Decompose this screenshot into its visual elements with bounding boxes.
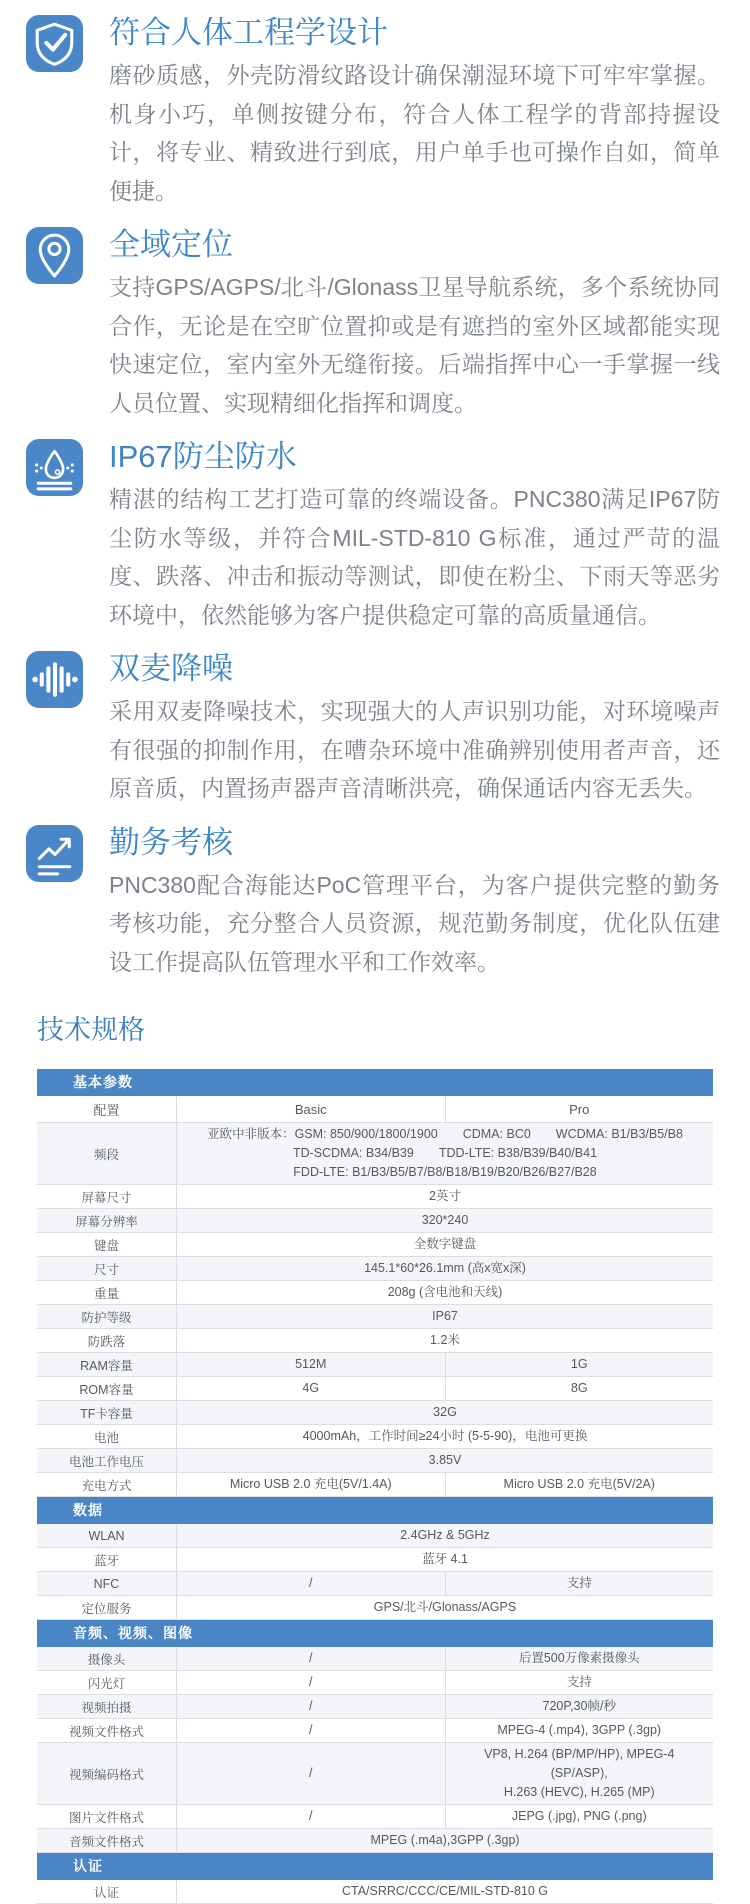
spec-row: ROM容量4G8G <box>37 1377 713 1401</box>
spec-value: 8G <box>445 1377 714 1400</box>
spec-value: / <box>177 1695 445 1718</box>
spec-value: 4000mAh，工作时间≥24小时 (5-5-90)，电池可更换 <box>177 1425 713 1448</box>
spec-row: 定位服务GPS/北斗/Glonass/AGPS <box>37 1596 713 1620</box>
spec-value: / <box>177 1671 445 1694</box>
spec-value: / <box>177 1647 445 1670</box>
spec-row: TF卡容量32G <box>37 1401 713 1425</box>
feature-positioning: 全域定位 支持GPS/AGPS/北斗/Glonass卫星导航系统，多个系统协同合… <box>26 222 720 422</box>
spec-value: MPEG (.m4a),3GPP (.3gp) <box>177 1829 713 1852</box>
feature-title: 勤务考核 <box>109 820 720 866</box>
feature-duty-assessment: 勤务考核 PNC380配合海能达PoC管理平台，为客户提供完整的勤务考核功能，充… <box>26 820 720 982</box>
spec-label: 重量 <box>37 1281 177 1304</box>
spec-label: 防护等级 <box>37 1305 177 1328</box>
spec-value: 320*240 <box>177 1209 713 1232</box>
spec-value: 3.85V <box>177 1449 713 1472</box>
spec-row: 尺寸145.1*60*26.1mm (高x宽x深) <box>37 1257 713 1281</box>
spec-label: 定位服务 <box>37 1596 177 1619</box>
spec-value: Basic <box>177 1096 445 1122</box>
spec-value: / <box>177 1719 445 1742</box>
spec-label: 防跌落 <box>37 1329 177 1352</box>
spec-value: CTA/SRRC/CCC/CE/MIL-STD-810 G <box>177 1880 713 1903</box>
spec-label: 认证 <box>37 1880 177 1903</box>
feature-list: 符合人体工程学设计 磨砂质感，外壳防滑纹路设计确保潮湿环境下可牢牢掌握。机身小巧… <box>0 0 750 981</box>
feature-title: 全域定位 <box>109 222 720 268</box>
spec-value: 145.1*60*26.1mm (高x宽x深) <box>177 1257 713 1280</box>
table-section-header: 音频、视频、图像 <box>37 1620 713 1647</box>
table-section-header: 基本参数 <box>37 1069 713 1096</box>
spec-value: 512M <box>177 1353 445 1376</box>
spec-label: 视频文件格式 <box>37 1719 177 1742</box>
spec-value: 1G <box>445 1353 714 1376</box>
feature-title: 符合人体工程学设计 <box>109 10 720 56</box>
product-page: 符合人体工程学设计 磨砂质感，外壳防滑纹路设计确保潮湿环境下可牢牢掌握。机身小巧… <box>0 0 750 1904</box>
table-section-header: 数据 <box>37 1497 713 1524</box>
spec-row: 屏幕分辨率320*240 <box>37 1209 713 1233</box>
feature-noise-reduction: 双麦降噪 采用双麦降噪技术，实现强大的人声识别功能，对环境噪声有很强的抑制作用，… <box>26 646 720 808</box>
feature-body: 支持GPS/AGPS/北斗/Glonass卫星导航系统，多个系统协同合作，无论是… <box>109 268 720 422</box>
spec-label: 屏幕分辨率 <box>37 1209 177 1232</box>
spec-value: 支持 <box>445 1572 714 1595</box>
spec-label: 频段 <box>37 1123 177 1184</box>
specs-heading: 技术规格 <box>37 1011 750 1049</box>
spec-label: 电池工作电压 <box>37 1449 177 1472</box>
spec-value: 720P,30帧/秒 <box>445 1695 714 1718</box>
spec-value: Pro <box>445 1096 714 1122</box>
spec-value: IP67 <box>177 1305 713 1328</box>
spec-row: 视频拍摄/720P,30帧/秒 <box>37 1695 713 1719</box>
spec-row: 图片文件格式/JEPG (.jpg), PNG (.png) <box>37 1805 713 1829</box>
spec-label: 音频文件格式 <box>37 1829 177 1852</box>
feature-ip67: IP67防尘防水 精湛的结构工艺打造可靠的终端设备。PNC380满足IP67防尘… <box>26 434 720 634</box>
spec-value: 32G <box>177 1401 713 1424</box>
spec-table: 基本参数配置BasicPro频段亚欧中非版本：GSM: 850/900/1800… <box>37 1069 713 1904</box>
spec-label: 屏幕尺寸 <box>37 1185 177 1208</box>
spec-row: RAM容量512M1G <box>37 1353 713 1377</box>
spec-row: 防护等级IP67 <box>37 1305 713 1329</box>
spec-label: 键盘 <box>37 1233 177 1256</box>
spec-label: ROM容量 <box>37 1377 177 1400</box>
spec-label: 配置 <box>37 1096 177 1122</box>
spec-value: MPEG-4 (.mp4), 3GPP (.3gp) <box>445 1719 714 1742</box>
spec-value: VP8, H.264 (BP/MP/HP), MPEG-4 (SP/ASP), … <box>445 1743 714 1804</box>
spec-row: 蓝牙蓝牙 4.1 <box>37 1548 713 1572</box>
spec-row: 重量208g (含电池和天线) <box>37 1281 713 1305</box>
spec-row: 充电方式Micro USB 2.0 充电(5V/1.4A)Micro USB 2… <box>37 1473 713 1497</box>
spec-value: 全数字键盘 <box>177 1233 713 1256</box>
spec-label: NFC <box>37 1572 177 1595</box>
spec-label: 图片文件格式 <box>37 1805 177 1828</box>
table-section-header: 认证 <box>37 1853 713 1880</box>
spec-label: 视频编码格式 <box>37 1743 177 1804</box>
spec-value: GPS/北斗/Glonass/AGPS <box>177 1596 713 1619</box>
spec-row: 视频文件格式/MPEG-4 (.mp4), 3GPP (.3gp) <box>37 1719 713 1743</box>
location-pin-icon <box>26 227 83 284</box>
spec-value: Micro USB 2.0 充电(5V/1.4A) <box>177 1473 445 1496</box>
spec-value: 208g (含电池和天线) <box>177 1281 713 1304</box>
spec-value: 1.2米 <box>177 1329 713 1352</box>
spec-row: 电池4000mAh，工作时间≥24小时 (5-5-90)，电池可更换 <box>37 1425 713 1449</box>
spec-label: 充电方式 <box>37 1473 177 1496</box>
spec-label: 电池 <box>37 1425 177 1448</box>
trend-chart-icon <box>26 825 83 882</box>
spec-value: / <box>177 1743 445 1804</box>
feature-body: 采用双麦降噪技术，实现强大的人声识别功能，对环境噪声有很强的抑制作用，在嘈杂环境… <box>109 692 720 808</box>
spec-value: / <box>177 1572 445 1595</box>
spec-label: 摄像头 <box>37 1647 177 1670</box>
spec-row: 屏幕尺寸2英寸 <box>37 1185 713 1209</box>
spec-value: / <box>177 1805 445 1828</box>
spec-row: 频段亚欧中非版本：GSM: 850/900/1800/1900 CDMA: BC… <box>37 1123 713 1185</box>
spec-value: Micro USB 2.0 充电(5V/2A) <box>445 1473 714 1496</box>
spec-row: 防跌落1.2米 <box>37 1329 713 1353</box>
waterproof-icon <box>26 439 83 496</box>
feature-body: 精湛的结构工艺打造可靠的终端设备。PNC380满足IP67防尘防水等级，并符合M… <box>109 480 720 634</box>
spec-value: JEPG (.jpg), PNG (.png) <box>445 1805 714 1828</box>
spec-label: 闪光灯 <box>37 1671 177 1694</box>
spec-row: 电池工作电压3.85V <box>37 1449 713 1473</box>
spec-value: 支持 <box>445 1671 714 1694</box>
feature-title: IP67防尘防水 <box>109 434 720 480</box>
spec-label: TF卡容量 <box>37 1401 177 1424</box>
spec-row: 键盘全数字键盘 <box>37 1233 713 1257</box>
spec-value: 2英寸 <box>177 1185 713 1208</box>
spec-row: 闪光灯/支持 <box>37 1671 713 1695</box>
spec-label: 蓝牙 <box>37 1548 177 1571</box>
dual-mic-noise-icon <box>26 651 83 708</box>
spec-label: 视频拍摄 <box>37 1695 177 1718</box>
feature-body: PNC380配合海能达PoC管理平台，为客户提供完整的勤务考核功能，充分整合人员… <box>109 866 720 982</box>
spec-label: 尺寸 <box>37 1257 177 1280</box>
shield-check-icon <box>26 15 83 72</box>
spec-value: 亚欧中非版本：GSM: 850/900/1800/1900 CDMA: BC0 … <box>177 1123 713 1184</box>
spec-value: 4G <box>177 1377 445 1400</box>
feature-ergonomic: 符合人体工程学设计 磨砂质感，外壳防滑纹路设计确保潮湿环境下可牢牢掌握。机身小巧… <box>26 10 720 210</box>
spec-label: RAM容量 <box>37 1353 177 1376</box>
spec-value: 蓝牙 4.1 <box>177 1548 713 1571</box>
spec-row: 视频编码格式/VP8, H.264 (BP/MP/HP), MPEG-4 (SP… <box>37 1743 713 1805</box>
spec-row: 配置BasicPro <box>37 1096 713 1123</box>
spec-value: 后置500万像素摄像头 <box>445 1647 714 1670</box>
feature-body: 磨砂质感，外壳防滑纹路设计确保潮湿环境下可牢牢掌握。机身小巧，单侧按键分布，符合… <box>109 56 720 210</box>
spec-row: NFC/支持 <box>37 1572 713 1596</box>
spec-row: 摄像头/后置500万像素摄像头 <box>37 1647 713 1671</box>
spec-label: WLAN <box>37 1524 177 1547</box>
spec-row: 音频文件格式MPEG (.m4a),3GPP (.3gp) <box>37 1829 713 1853</box>
spec-row: 认证CTA/SRRC/CCC/CE/MIL-STD-810 G <box>37 1880 713 1904</box>
feature-title: 双麦降噪 <box>109 646 720 692</box>
spec-value: 2.4GHz & 5GHz <box>177 1524 713 1547</box>
spec-row: WLAN2.4GHz & 5GHz <box>37 1524 713 1548</box>
